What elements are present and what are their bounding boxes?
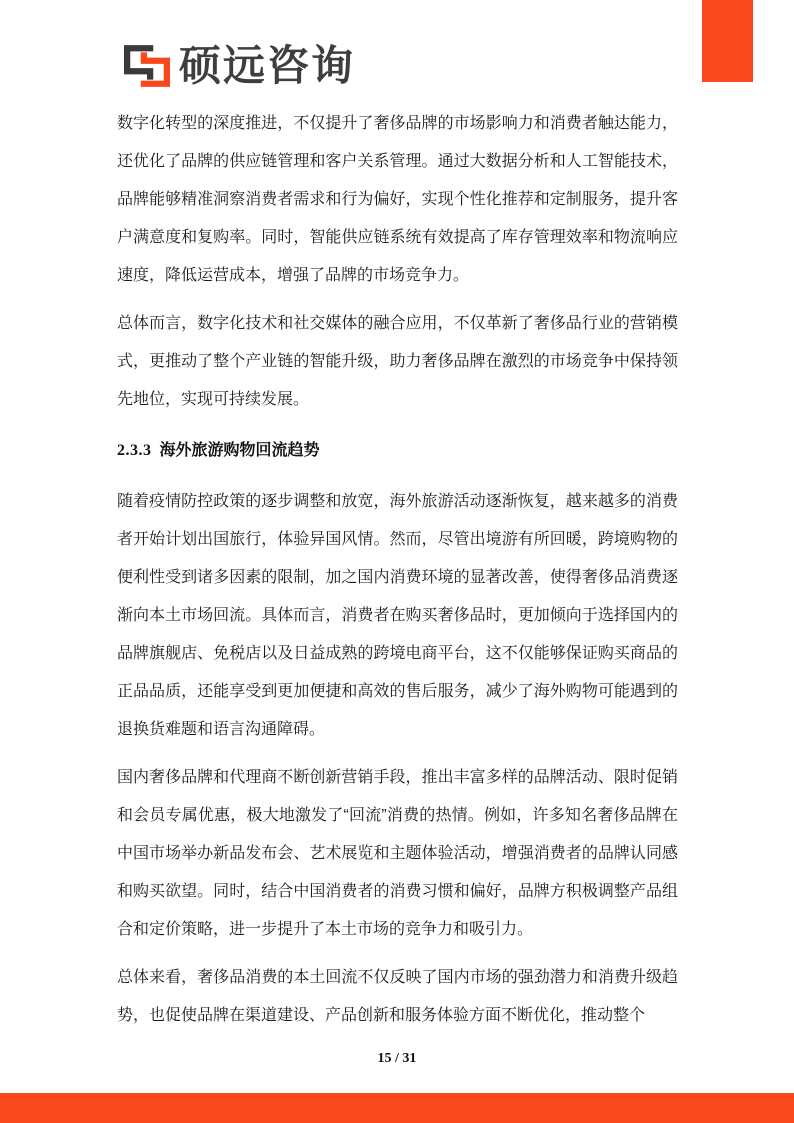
section-heading: 2.3.3海外旅游购物回流趋势 (117, 432, 678, 470)
footer-accent-bar (0, 1093, 794, 1123)
brand-logo: 硕远咨询 (124, 42, 355, 90)
logo-icon (124, 45, 170, 87)
accent-corner-block (702, 0, 753, 82)
section-heading-number: 2.3.3 (117, 442, 152, 459)
section-heading-title: 海外旅游购物回流趋势 (160, 442, 320, 459)
document-body: 数字化转型的深度推进，不仅提升了奢侈品牌的市场影响力和消费者触达能力，还优化了品… (117, 105, 678, 1045)
document-page: 硕远咨询 数字化转型的深度推进，不仅提升了奢侈品牌的市场影响力和消费者触达能力，… (0, 0, 794, 1123)
page-number: 15 / 31 (0, 1051, 794, 1067)
body-paragraph: 国内奢侈品牌和代理商不断创新营销手段，推出丰富多样的品牌活动、限时促销和会员专属… (117, 759, 678, 949)
body-paragraph: 随着疫情防控政策的逐步调整和放宽，海外旅游活动逐渐恢复，越来越多的消费者开始计划… (117, 483, 678, 749)
body-paragraph: 总体而言，数字化技术和社交媒体的融合应用，不仅革新了奢侈品行业的营销模式，更推动… (117, 305, 678, 419)
brand-name: 硕远咨询 (179, 42, 355, 90)
body-paragraph: 总体来看，奢侈品消费的本土回流不仅反映了国内市场的强劲潜力和消费升级趋势，也促使… (117, 959, 678, 1035)
body-paragraph: 数字化转型的深度推进，不仅提升了奢侈品牌的市场影响力和消费者触达能力，还优化了品… (117, 105, 678, 295)
